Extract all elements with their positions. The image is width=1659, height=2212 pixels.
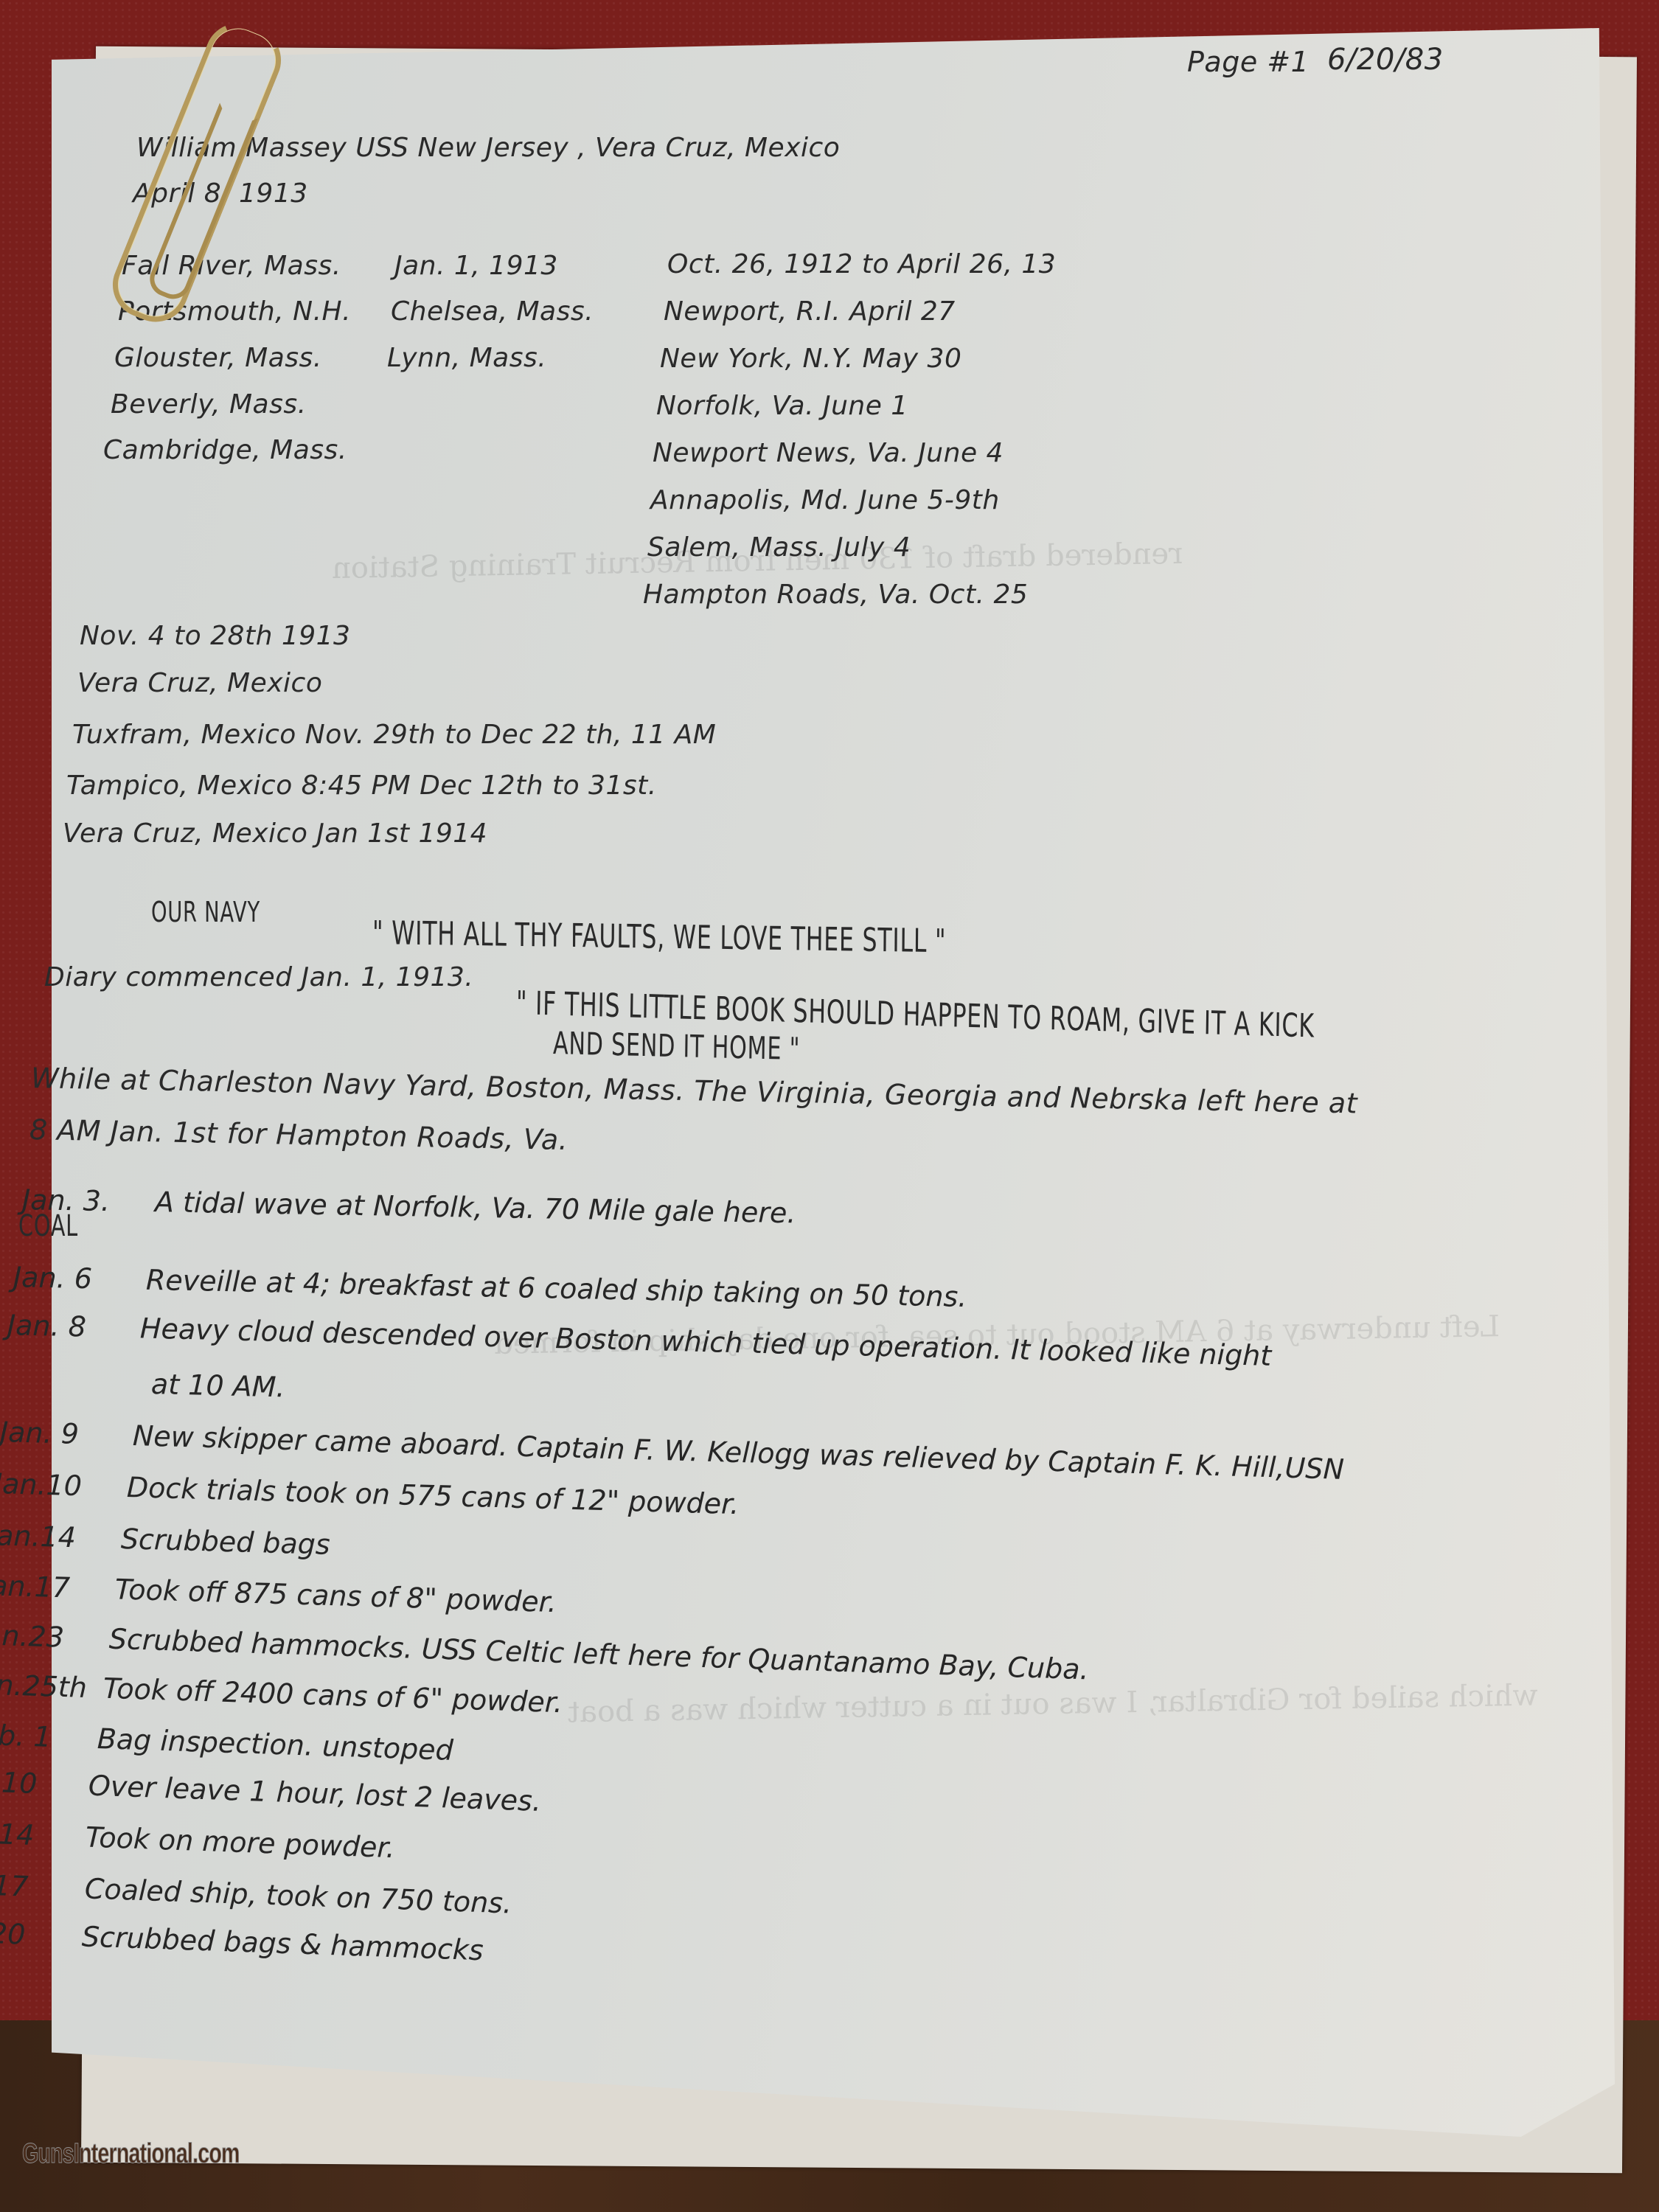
- entry-date: Jan.10: [0, 1467, 128, 1503]
- bleed-through-text: which sailed for Gibraltar, I was out in…: [568, 1679, 1538, 1730]
- entry-date: Jan. 6: [13, 1261, 147, 1296]
- entry-date: Jan.14: [0, 1519, 122, 1555]
- entry-date: Jan.23: [0, 1618, 110, 1655]
- entry-date: .10: [0, 1766, 89, 1802]
- itinerary-item: New York, N.Y. May 30: [660, 344, 961, 374]
- mexico-item: Vera Cruz, Mexico Jan 1st 1914: [63, 818, 487, 849]
- mexico-item: Vera Cruz, Mexico: [77, 668, 322, 698]
- place-item: Chelsea, Mass.: [391, 296, 594, 327]
- page-date: 6/20/83: [1327, 43, 1444, 77]
- entry-date: Feb. 1: [0, 1718, 98, 1755]
- entry-date: Jan. 8: [7, 1309, 140, 1344]
- entry-date: Jan. 9: [0, 1416, 133, 1452]
- itinerary-item: Newport News, Va. June 4: [653, 438, 1004, 468]
- itinerary-item: Salem, Mass. July 4: [647, 532, 911, 563]
- itinerary-item: Norfolk, Va. June 1: [656, 391, 908, 421]
- itinerary-item: Oct. 26, 1912 to April 26, 13: [667, 249, 1056, 279]
- entry-date: Jan.17: [0, 1569, 116, 1605]
- entry-date: Jan.25th: [0, 1668, 104, 1705]
- itinerary-item: Newport, R.I. April 27: [664, 296, 956, 327]
- itinerary-item: Annapolis, Md. June 5-9th: [650, 485, 1000, 515]
- our-navy-heading: OUR NAVY: [151, 896, 260, 928]
- place-item: Lynn, Mass.: [387, 343, 546, 373]
- place-item: Beverly, Mass.: [111, 389, 307, 420]
- watermark: GunsInternational.com: [22, 2138, 240, 2170]
- diary-entry-continuation: at 10 AM.: [150, 1368, 285, 1403]
- roam-quote-line2: AND SEND IT HOME ": [553, 1025, 801, 1067]
- place-item: Jan. 1, 1913: [394, 251, 558, 281]
- diary-commenced: Diary commenced Jan. 1, 1913.: [44, 962, 473, 992]
- place-item: Cambridge, Mass.: [103, 435, 347, 465]
- coal-label: COAL: [18, 1209, 78, 1243]
- itinerary-item: Hampton Roads, Va. Oct. 25: [643, 580, 1028, 610]
- entry-date: .14: [0, 1818, 86, 1854]
- entry-text: Scrubbed bags: [120, 1523, 330, 1561]
- mexico-item: Tampico, Mexico 8:45 PM Dec 12th to 31st…: [66, 771, 657, 801]
- mexico-item: Nov. 4 to 28th 1913: [80, 621, 350, 651]
- mexico-item: Tuxfram, Mexico Nov. 29th to Dec 22 th, …: [72, 720, 716, 750]
- page-number: Page #1: [1187, 46, 1309, 78]
- entry-date: 17: [0, 1869, 86, 1905]
- place-item: Glouster, Mass.: [114, 343, 322, 373]
- entry-date: 20: [0, 1917, 83, 1952]
